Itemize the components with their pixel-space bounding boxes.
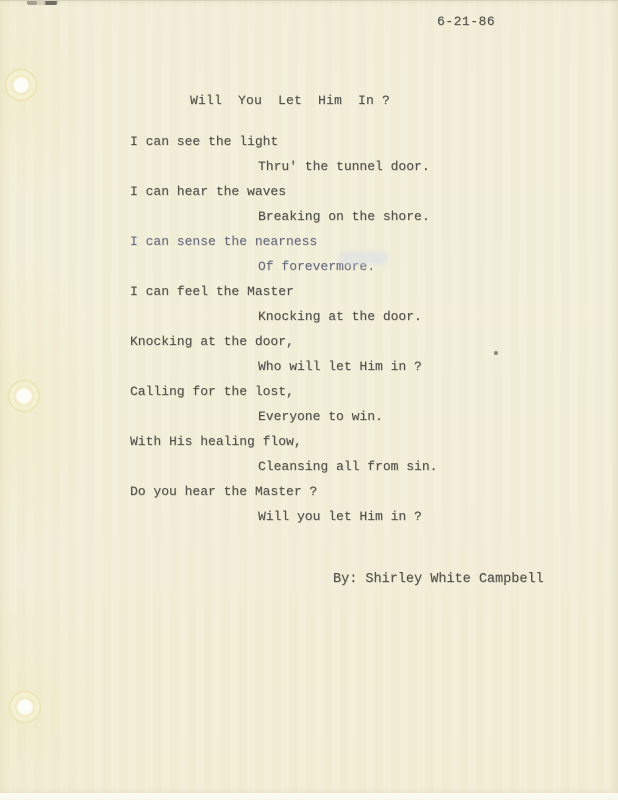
- author-byline: By: Shirley White Campbell: [333, 572, 544, 587]
- ink-speck: [494, 351, 498, 355]
- poem-title: Will You Let Him In ?: [190, 93, 390, 108]
- poem-line: Everyone to win.: [130, 404, 550, 429]
- poem-line: Do you hear the Master ?: [130, 479, 550, 504]
- poem-line: I can sense the nearness: [130, 229, 550, 254]
- scanned-page: 6-21-86 Will You Let Him In ? I can see …: [0, 0, 618, 800]
- paper-sheet: 6-21-86 Will You Let Him In ? I can see …: [0, 0, 618, 795]
- poem-body: I can see the light Thru' the tunnel doo…: [130, 129, 550, 529]
- top-edge-ink-smudge: [27, 1, 58, 5]
- poem-line: Knocking at the door,: [130, 329, 550, 354]
- poem-line: Knocking at the door.: [130, 304, 550, 329]
- poem-line: I can feel the Master: [130, 279, 550, 304]
- poem-line: With His healing flow,: [130, 429, 550, 454]
- punch-hole-middle: [4, 376, 44, 416]
- poem-line: Thru' the tunnel door.: [130, 154, 550, 179]
- poem-line: Cleansing all from sin.: [130, 454, 550, 479]
- correction-fluid-smudge: [338, 251, 388, 265]
- scanner-edge-strip: [0, 793, 618, 800]
- poem-line: I can see the light: [130, 129, 550, 154]
- punch-hole-top: [1, 65, 41, 105]
- date-stamp: 6-21-86: [437, 14, 495, 29]
- poem-line: Who will let Him in ?: [130, 354, 550, 379]
- poem-line: Calling for the lost,: [130, 379, 550, 404]
- poem-line: I can hear the waves: [130, 179, 550, 204]
- poem-line: Will you let Him in ?: [130, 504, 550, 529]
- poem-line: Breaking on the shore.: [130, 204, 550, 229]
- punch-hole-bottom: [5, 687, 45, 727]
